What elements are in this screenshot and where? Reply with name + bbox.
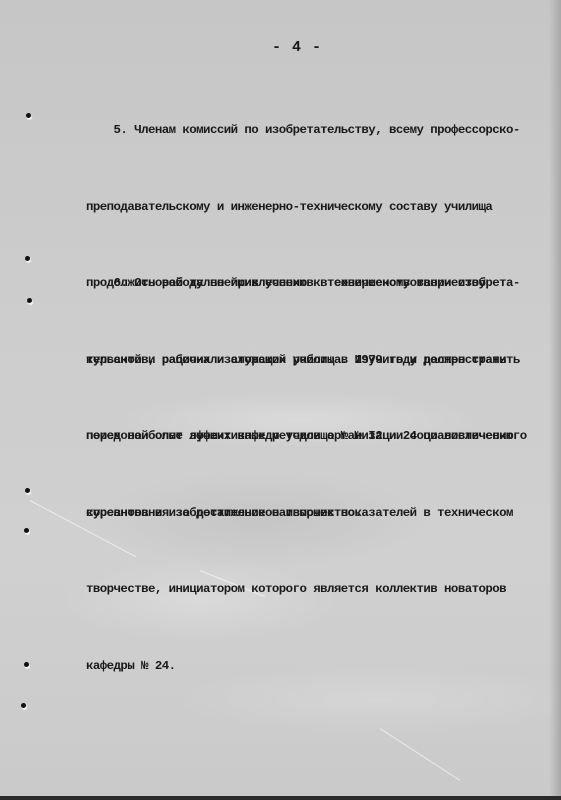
binding-hole: [25, 256, 30, 261]
paragraph-line: творчестве, инициатором которого являетс…: [86, 577, 526, 603]
paragraph-line: тельской и рационализаторской работы в 1…: [86, 348, 526, 374]
paragraph-line: кафедры № 24.: [86, 654, 526, 680]
page-number: - 4 -: [0, 39, 561, 56]
binding-hole: [24, 528, 29, 533]
paper-crease: [380, 728, 460, 781]
binding-hole: [25, 488, 30, 493]
page-edge-shadow: [549, 0, 561, 800]
binding-hole: [26, 113, 31, 118]
paragraph-line: 6. Основой дальнейших успехов в совершен…: [86, 271, 526, 297]
binding-hole: [24, 662, 29, 667]
binding-hole: [27, 298, 32, 303]
paragraph-line: преподавательскому и инженерно-техническ…: [86, 195, 526, 221]
paragraph-line: 5. Членам комиссий по изобретательству, …: [86, 118, 526, 144]
paragraph-line: поиск наиболее эффективных методов орган…: [86, 424, 526, 450]
paragraph-line: соревнования за достижение наивысших пок…: [86, 501, 526, 527]
scanned-document-page: - 4 - 5. Членам комиссий по изобретатель…: [0, 0, 561, 800]
scan-bottom-edge: [0, 796, 561, 800]
paragraph-6: 6. Основой дальнейших успехов в совершен…: [86, 220, 526, 730]
binding-hole: [21, 703, 26, 708]
